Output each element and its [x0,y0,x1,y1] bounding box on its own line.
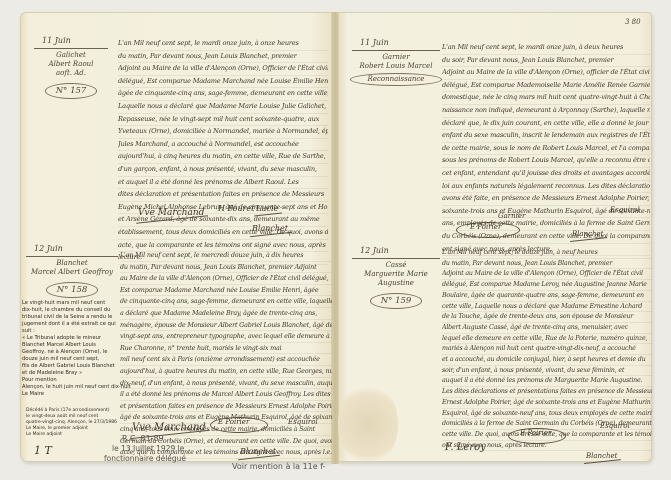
entry-surname: Cassé [350,261,442,270]
entry-date: 12 Juin [350,246,442,255]
text-line: Adjoint au Maire de la ville d'Alençon (… [442,269,652,280]
signature-marchand: Vve Marchand [138,208,204,218]
text-line: soir, d'un enfant, à nous présenté, viva… [442,366,652,377]
text-line: Jules Marchand, a accouché à Normandel, … [118,139,328,152]
signature-lucie: Lucie [256,204,278,213]
divider [352,258,440,259]
text-line: cette ville, Laquelle nous a déclaré que… [442,302,652,313]
annotation-line: fils de Albert Gabriel Louis Blanchet [22,363,122,370]
text-line: du matin, Par devant nous, Jean Louis Bl… [120,262,332,274]
signature-leroy: F. Leroy [445,442,486,453]
entry-number: N° 157 [45,83,98,99]
text-line: délégué, Est comparue Madame Leroy, née … [442,280,652,291]
entry-surname: Galichet [32,51,110,60]
text-line: Rue Charonne, n° trente huit, mariés le … [120,343,332,355]
text-line: au Maire de la ville d'Alençon (Orne), O… [120,273,332,285]
divider [26,256,118,257]
pencil-note-date: le 13 Juillet 1929 le [112,444,184,453]
signature-blanchet: Blanchet [240,447,276,456]
text-line: Ernest Adolphe Poirier, âgé de soixante-… [442,398,652,409]
open-register-book: 3 80 11 Juin Galichet Albert Raoul aoft.… [20,12,652,470]
text-line: Yveteaux (Orne), domiciliée à Normandel,… [118,126,328,139]
text-line: Repasseuse, née le vingt-sept mil huit c… [118,114,328,127]
signature-esquirol: Esquirol [610,206,640,214]
text-line: et présentation faites en présence de Me… [120,401,332,413]
text-line: Est comparue Madame Marchand née Louise … [120,285,332,297]
text-line: déclaré que, le dix juin courant, en cet… [442,118,650,131]
text-line: âgée de cinquante-cinq ans, sage-femme, … [118,88,328,101]
text-line: Adjoint au Maire de la ville d'Alençon (… [442,67,650,80]
death-annotation: Décédé à Paris (17e arrondissement)le vi… [26,408,126,438]
text-line: vingt-sept ans, entrepreneur typographe,… [120,331,332,343]
signature-fouret: H Fouret [218,204,254,213]
annotation-line: Le Maire adjoint [26,432,126,438]
entry-text-157: L'an Mil neuf cent sept, le mardi onze j… [118,38,328,265]
annotation-line: Blanchet Marcel Albert Louis [22,342,122,349]
annotation-line: Le Maire [22,391,122,398]
see-mention-note: Voir mention à la 11e f- [232,462,325,471]
text-line: naissance non indiqué, demeurant à Arçon… [442,105,650,118]
annotation-line: douze juin mil neuf cent sept, [22,356,122,363]
text-line: et auquel il a été donné les prénoms de … [118,177,328,190]
text-line: mariés à Alençon mil huit cent quatre-vi… [442,344,652,355]
entry-surname: Garnier [350,53,442,62]
text-line: L'an Mil neuf cent sept, le mardi onze j… [118,38,328,51]
signature-blanchet: Blanchet [252,224,288,233]
entry-date: 12 Juin [24,244,120,253]
text-line: Les dites déclarations et présentations … [442,387,652,398]
text-line: aujourd'hui, à cinq heures du matin, en … [118,151,328,164]
annotation-line: Alençon, le huit juin mil neuf cent dix-… [22,384,122,391]
text-line: du soir, Par devant nous, Jean Louis Bla… [442,55,650,68]
entry-note: Reconnaissance [350,73,442,86]
text-line: Albert Auguste Cassé, âgé de trente-cinq… [442,323,652,334]
signature-garnier: Garnier [498,212,525,220]
text-line: du matin, Par devant nous, Jean Louis Bl… [442,259,652,270]
signature-poirier: E Poirier [470,223,501,231]
text-line: aujourd'hui, à quatre heures du matin, e… [120,366,332,378]
text-line: avons été faite, en présence de Messieur… [442,193,650,206]
text-line: Laquelle nous a déclaré que Madame Marie… [118,101,328,114]
text-line: de la Touche, âgée de trente-deux ans, s… [442,312,652,323]
entry-number: N° 159 [370,293,423,309]
entry-text-159: L'an Mil neuf cent sept, le douze juin, … [442,248,652,451]
pencil-note-official: fonctionnaire délégué [104,454,186,463]
text-line: L'an Mil neuf cent sept, le mercredi dou… [120,250,332,262]
adoption-annotation: Le vingt-huit mars mil neuf centdix-huit… [22,300,122,398]
text-line: domestique, née le cinq mars mil huit ce… [442,92,650,105]
entry-given-names: Marcel Albert Geoffroy [24,268,120,277]
text-line: L'an Mil neuf cent sept, le douze juin, … [442,248,652,259]
entry-date: 11 Juin [32,36,110,45]
signature-poirier: E Poirier [218,418,249,426]
annotation-line: jugement dont il a été extrait ce qui [22,321,122,328]
entry-note: aoft. Ad. [32,69,110,78]
entry-surname: Blanchet [24,259,120,268]
text-line: enfant du sexe masculin, inscrit le lend… [442,130,650,143]
pencil-note-rc: R.C. 81-89 [122,434,164,443]
entry-number: N° 158 [46,282,99,298]
text-line: d'un garçon, enfant, à nous présenté, vi… [118,164,328,177]
text-line: sous les prénoms de Robert Louis Marcel,… [442,155,650,168]
margin-entry-158: 12 Juin Blanchet Marcel Albert Geoffroy … [24,244,120,298]
text-line: dix-neuf, d'un enfant, à nous présenté, … [120,378,332,390]
text-line: loi aux enfants naturels légalement reco… [442,181,650,194]
margin-entry-garnier: 11 Juin Garnier Robert Louis Marcel Reco… [350,38,442,86]
entry-date: 11 Juin [350,38,442,47]
text-line: il a été donné les prénoms de Marcel Alb… [120,389,332,401]
signature-esquirol: Esquirol [600,422,630,430]
divider [352,50,440,51]
annotation-line: tribunal civil de la Seine a rendu le [22,314,122,321]
annotation-line: Pour mention [22,377,122,384]
entry-given-names: Albert Raoul [32,60,110,69]
entry-given-names: Robert Louis Marcel [350,62,442,71]
text-line: mil neuf cent six à Paris (onzième arron… [120,354,332,366]
annotation-line: dix-huit, le chambre du conseil du [22,307,122,314]
margin-entry-157: 11 Juin Galichet Albert Raoul aoft. Ad. … [32,36,110,99]
divider [34,48,108,49]
text-line: dites déclaration et présentation faites… [118,189,328,202]
text-line: de cette mairie, sous le nom de Robert L… [442,143,650,156]
text-line: a déclaré que Madame Madeleine Bray, âgé… [120,308,332,320]
annotation-line: Geoffroy, né à Alençon (Orne), le [22,349,122,356]
page-number: 3 80 [625,18,641,26]
text-line: établissement, tous deux domiciliés en c… [118,227,328,240]
margin-entry-159: 12 Juin Cassé Marguerite Marie Augustine… [350,246,442,309]
text-line: délégué, Est comparue Madame Marchand né… [118,76,328,89]
signature-blanchet: Blanchet [586,452,617,460]
annotation-line: « Le Tribunal adopte le mineur [22,335,122,342]
text-line: du matin, Par devant nous, Jean Louis Bl… [118,51,328,64]
text-line: Esquirol, âgé de soixante-neuf ans, tous… [442,409,652,420]
signature-blanchet: Blanchet [572,230,603,238]
text-line: de cinquante-cinq ans, sage-femme, demeu… [120,296,332,308]
text-line: auquel il a été donné les prénoms de Mar… [442,376,652,387]
signature-marchand: Vve Marchand [132,422,206,433]
signature-esquirol: Esquirol [288,418,318,426]
annotation-line: suit : [22,328,122,335]
text-line: L'an Mil neuf cent sept, le mardi onze j… [442,42,650,55]
annotation-line: Le vingt-huit mars mil neuf cent [22,300,122,307]
annotation-line: et de Madeleine Bray » [22,370,122,377]
entry-given-names: Marguerite Marie Augustine [350,270,442,288]
text-line: Adjoint au Maire de la ville d'Alençon (… [118,63,328,76]
signature-poirier: E Poirier [520,429,551,437]
text-line: délégué, Est comparue Mademoiselle Marie… [442,80,650,93]
text-line: Boulaire, âgée de quarante-quatre ans, s… [442,291,652,302]
text-line: cet enfant, entendant qu'il jouisse des … [442,168,650,181]
initials-mark: 1 T [34,444,52,457]
text-line: ménagère, épouse de Monsieur Albert Gabr… [120,320,332,332]
paper-stain [338,382,398,467]
text-line: et a accouché, au domicile conjugal, hie… [442,355,652,366]
text-line: lequel elle demeure en cette ville, Rue … [442,334,652,345]
